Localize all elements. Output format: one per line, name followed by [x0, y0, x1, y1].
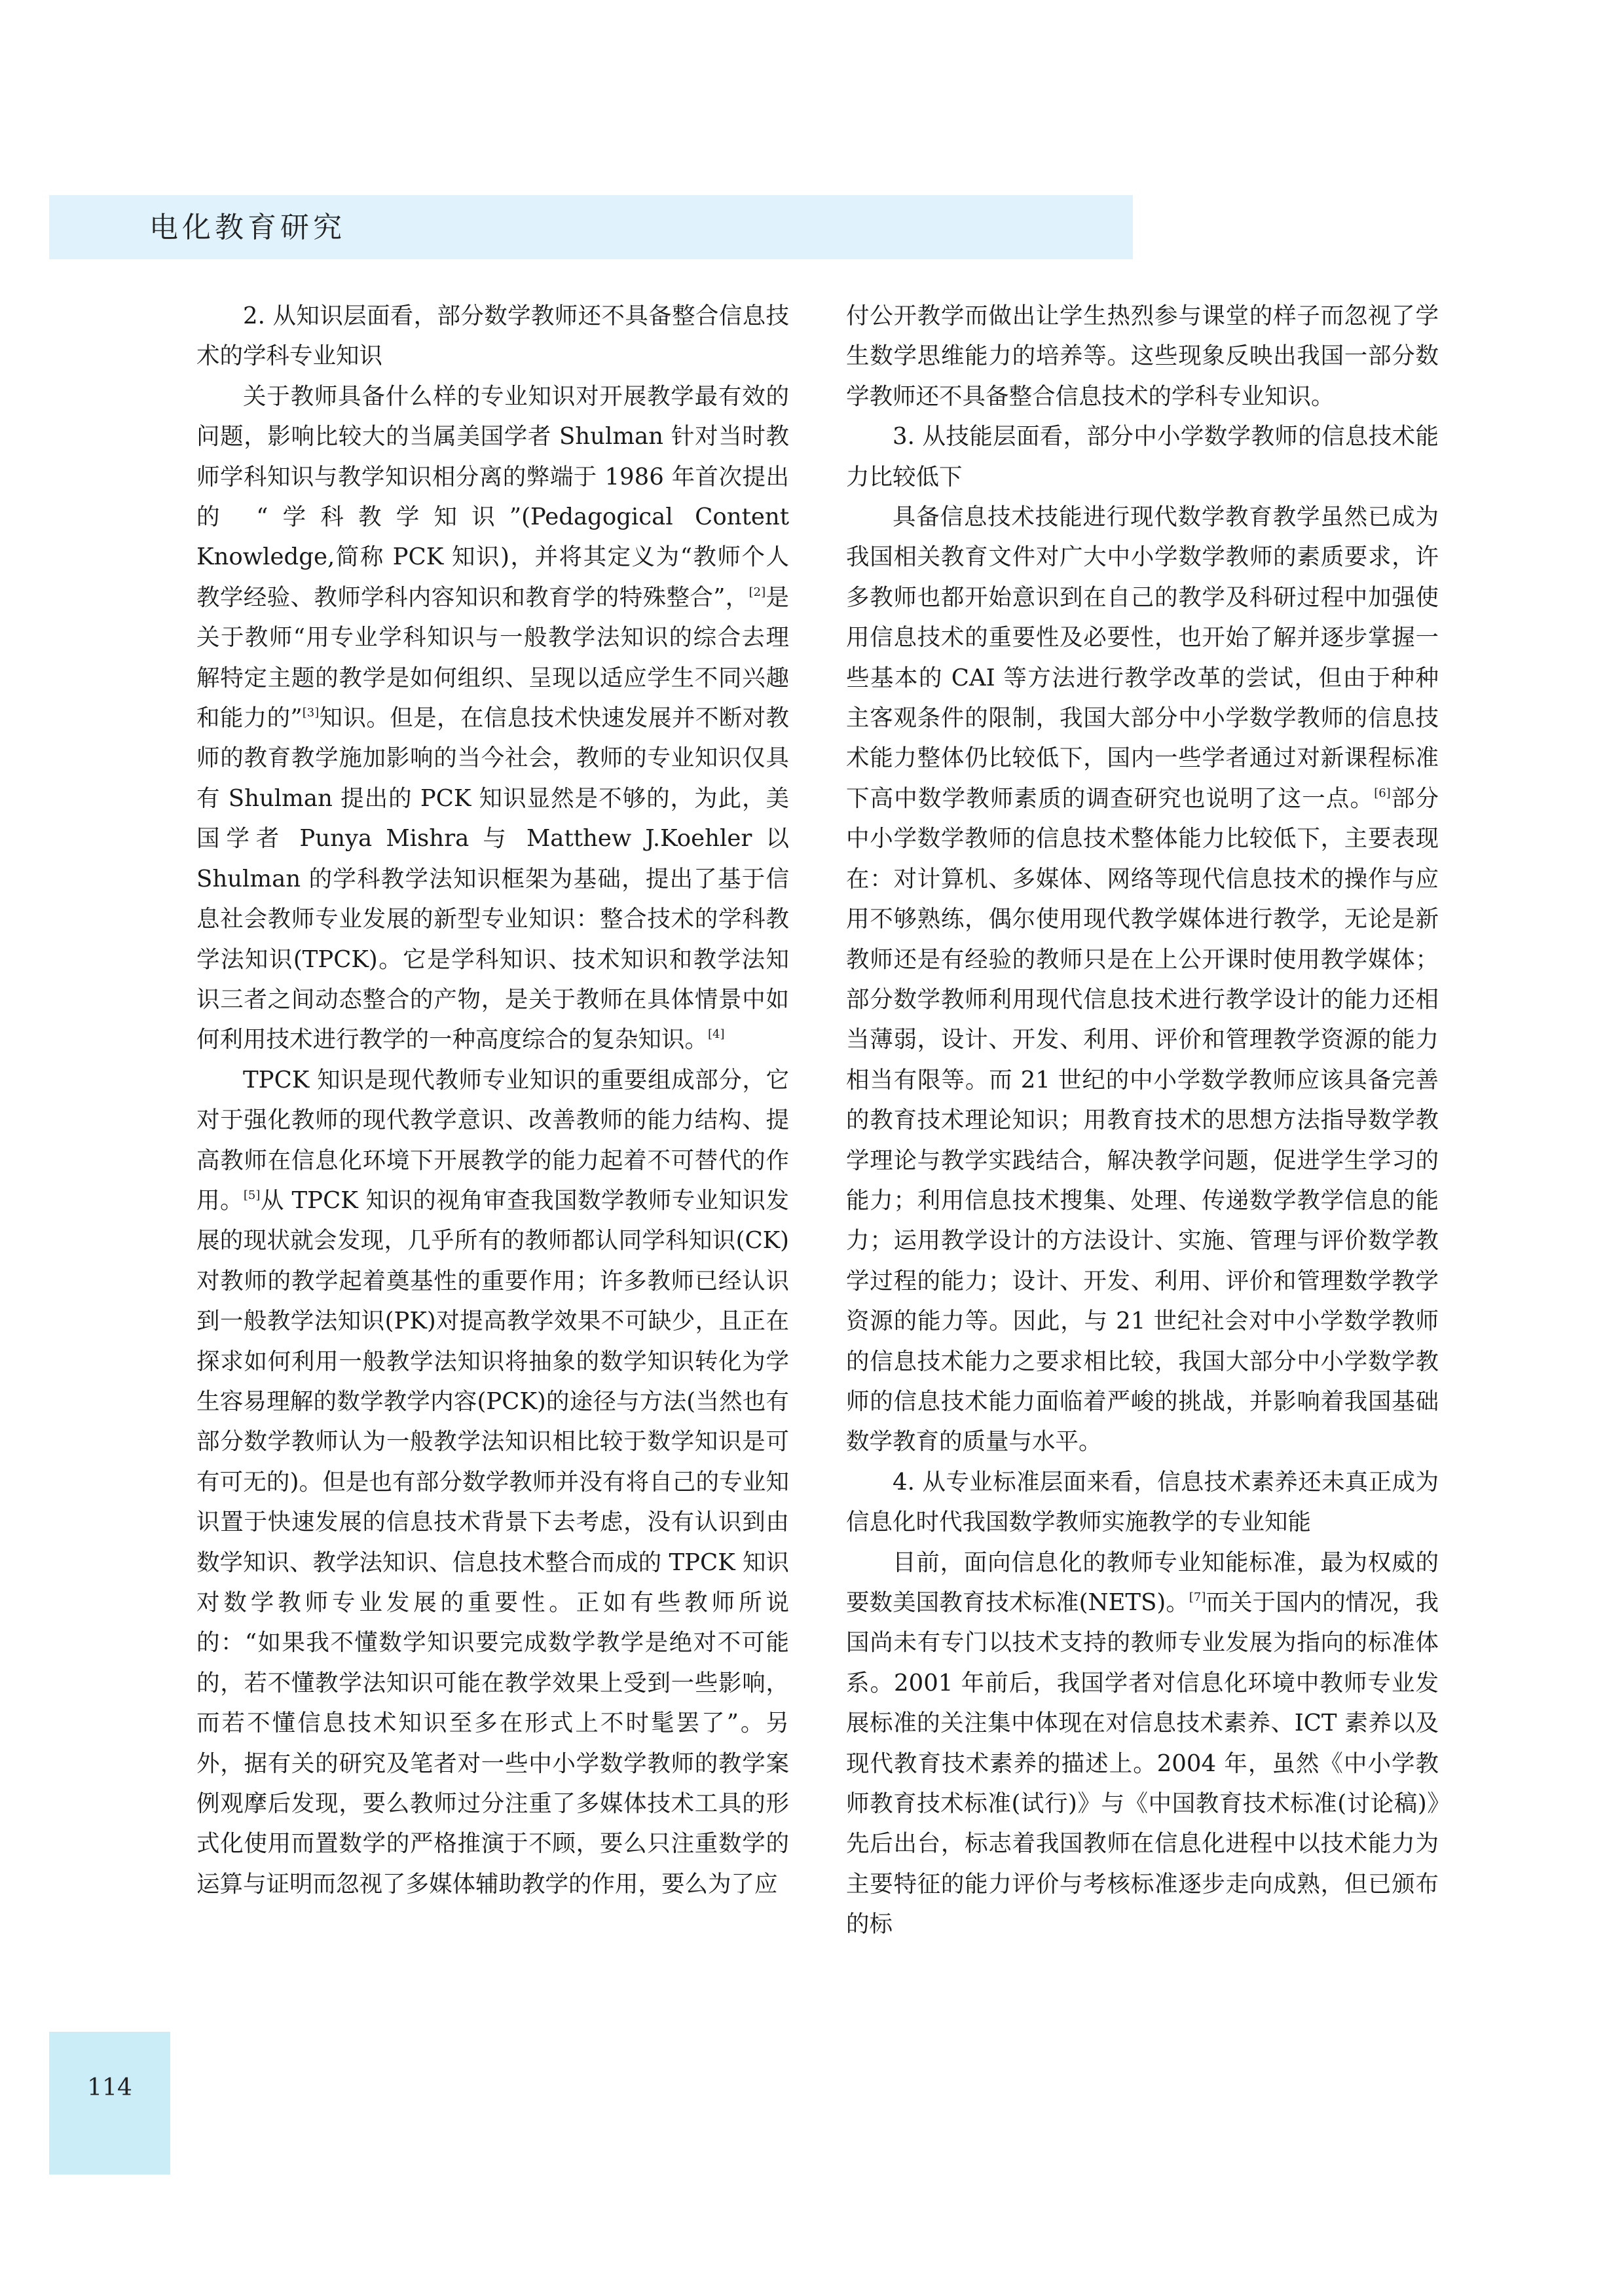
paragraph-pck: 关于教师具备什么样的专业知识对开展教学最有效的问题，影响比较大的当属美国学者 S…: [196, 376, 789, 1060]
paragraph-text: 知识。但是，在信息技术快速发展并不断对教师的教育教学施加影响的当今社会，教师的专…: [196, 705, 789, 1053]
paragraph-continued: 付公开教学而做出让学生热烈参与课堂的样子而忽视了学生数学思维能力的培养等。这些现…: [846, 296, 1439, 416]
citation-4: [4]: [708, 1027, 725, 1041]
paragraph-skills: 具备信息技术技能进行现代数学教育教学虽然已成为我国相关教育文件对广大中小学数学教…: [846, 497, 1439, 1462]
section-heading-2: 2. 从知识层面看，部分数学教师还不具备整合信息技术的学科专业知识: [196, 296, 789, 376]
paragraph-text: 从 TPCK 知识的视角审查我国数学教师专业知识发展的现状就会发现，几乎所有的教…: [196, 1187, 789, 1898]
paragraph-standards: 目前，面向信息化的教师专业知能标准，最为权威的要数美国教育技术标准(NETS)。…: [846, 1543, 1439, 1945]
citation-2: [2]: [749, 585, 766, 599]
paragraph-text: 具备信息技术技能进行现代数学教育教学虽然已成为我国相关教育文件对广大中小学数学教…: [846, 504, 1439, 812]
citation-6: [6]: [1374, 786, 1391, 800]
journal-title: 电化教育研究: [149, 208, 346, 248]
paragraph-text: 部分中小学数学教师的信息技术整体能力比较低下，主要表现在：对计算机、多媒体、网络…: [846, 785, 1439, 1456]
paragraph-text: 关于教师具备什么样的专业知识对开展教学最有效的问题，影响比较大的当属美国学者 S…: [196, 383, 789, 611]
left-column: 2. 从知识层面看，部分数学教师还不具备整合信息技术的学科专业知识 关于教师具备…: [196, 296, 789, 1904]
right-column: 付公开教学而做出让学生热烈参与课堂的样子而忽视了学生数学思维能力的培养等。这些现…: [846, 296, 1439, 1945]
section-heading-3: 3. 从技能层面看，部分中小学数学教师的信息技术能力比较低下: [846, 416, 1439, 497]
paragraph-text: 而关于国内的情况，我国尚未有专门以技术支持的教师专业发展为指向的标准体系。200…: [846, 1589, 1439, 1937]
citation-5: [5]: [244, 1188, 261, 1202]
page-number: 114: [49, 2074, 170, 2101]
citation-3: [3]: [303, 706, 320, 720]
citation-7: [7]: [1189, 1590, 1206, 1604]
page-number-box: [49, 2032, 170, 2175]
section-heading-4: 4. 从专业标准层面来看，信息技术素养还未真正成为信息化时代我国数学教师实施教学…: [846, 1462, 1439, 1543]
paragraph-tpck: TPCK 知识是现代教师专业知识的重要组成部分，它对于强化教师的现代教学意识、改…: [196, 1060, 789, 1905]
